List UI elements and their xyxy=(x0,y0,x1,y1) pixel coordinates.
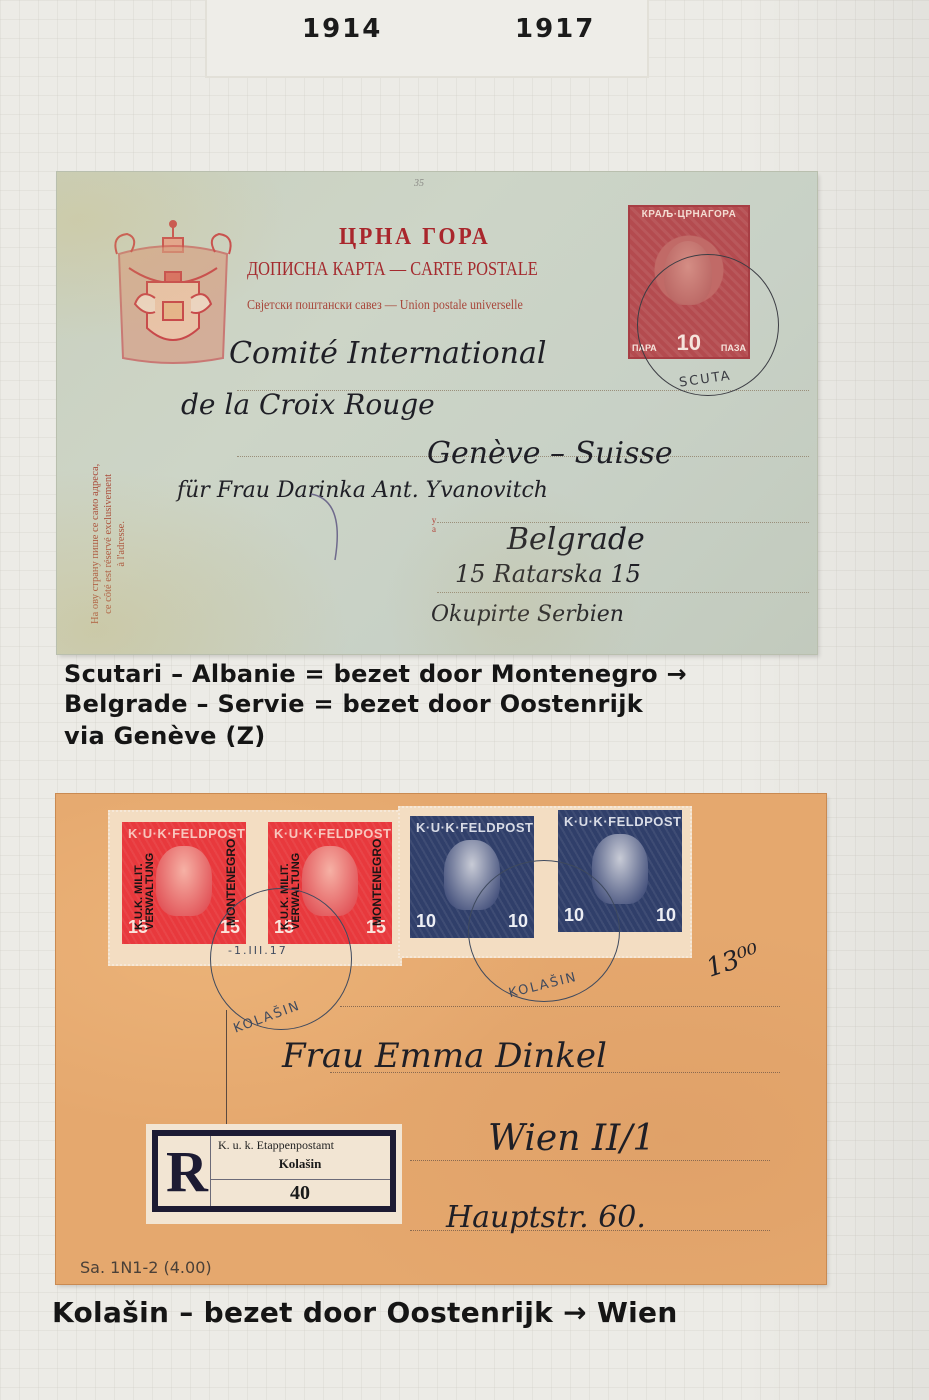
address-line-7: Okupirte Serbien xyxy=(431,602,624,627)
address-rule xyxy=(410,1160,770,1161)
registration-letter: R xyxy=(166,1142,208,1202)
annotation-line-3: via Genève (Z) xyxy=(64,722,266,750)
address-line-2: de la Croix Rouge xyxy=(181,388,435,421)
overprint-text: VERWALTUNG xyxy=(144,853,156,930)
side-note-line: à l'adresse. xyxy=(115,464,128,624)
coat-of-arms-icon xyxy=(109,218,237,368)
stamp-top-text: КРАЉ·ЦРНАГОРА xyxy=(630,209,748,220)
stamp-header: K·U·K·FELDPOST xyxy=(416,820,528,835)
post-office-name: K. u. k. Etappenpostamt xyxy=(218,1138,334,1153)
postcard-montenegro: 35 ЦРНА ГОРА ДОПИСНА КАРТА — CARTE POSTA… xyxy=(57,172,817,654)
address-line-4: für Frau Darinka Ant. Yvanovitch xyxy=(177,478,548,503)
address-line-1: Frau Emma Dinkel xyxy=(282,1036,607,1076)
annotation-line-2: Belgrade – Servie = bezet door Oostenrij… xyxy=(64,690,643,718)
side-note-line: На ову страну пише се само адреса, xyxy=(89,464,102,624)
address-line-2: Wien II/1 xyxy=(488,1118,655,1159)
side-note-line: ce côté est réservé exclusivement xyxy=(102,464,115,624)
address-line-1: Comité International xyxy=(229,336,546,371)
side-instruction-text: На ову страну пише се само адреса, ce cô… xyxy=(89,464,128,624)
divider-line xyxy=(226,1010,227,1130)
ya-mark: у а xyxy=(430,516,438,534)
stamp-value: 10 xyxy=(656,905,676,926)
card-union-line: Свјетски поштански савез — Union postale… xyxy=(247,298,523,314)
address-line-5: Belgrade xyxy=(507,522,645,557)
address-rule xyxy=(340,1006,780,1007)
postmark-date: -1.III.17 xyxy=(228,944,288,957)
post-office-place: Kolašin xyxy=(210,1156,390,1172)
address-rule xyxy=(437,592,809,593)
address-line-3: Hauptstr. 60. xyxy=(446,1200,646,1235)
year-label-start: 1914 xyxy=(302,14,382,44)
pencil-note: 35 xyxy=(414,178,424,189)
stamp-value: 10 xyxy=(416,911,436,932)
overprint-right: MONTENEGRO xyxy=(370,839,384,926)
address-line-3: Genève – Suisse xyxy=(427,436,673,471)
card-title: ЦРНА ГОРА xyxy=(339,224,490,251)
registration-number: 40 xyxy=(210,1182,390,1205)
card-subtitle: ДОПИСНА КАРТА — CARTE POSTALE xyxy=(247,258,538,281)
stamp-header: K·U·K·FELDPOST xyxy=(564,814,676,829)
catalog-note: Sa. 1N1-2 (4.00) xyxy=(80,1258,212,1277)
registration-label: R K. u. k. Etappenpostamt Kolašin 40 xyxy=(146,1124,402,1224)
annotation-line-1: Scutari – Albanie = bezet door Montenegr… xyxy=(64,660,687,688)
emperor-portrait-icon xyxy=(156,846,212,916)
label-divider xyxy=(210,1179,390,1180)
address-line-6: 15 Ratarska 15 xyxy=(455,560,641,588)
overprint-left: K.U.K. MILIT.VERWALTUNG xyxy=(134,853,156,930)
annotation-bottom: Kolašin – bezet door Oostenrijk → Wien xyxy=(52,1296,678,1329)
year-label-end: 1917 xyxy=(515,14,595,44)
pencil-stroke-icon xyxy=(309,490,349,570)
